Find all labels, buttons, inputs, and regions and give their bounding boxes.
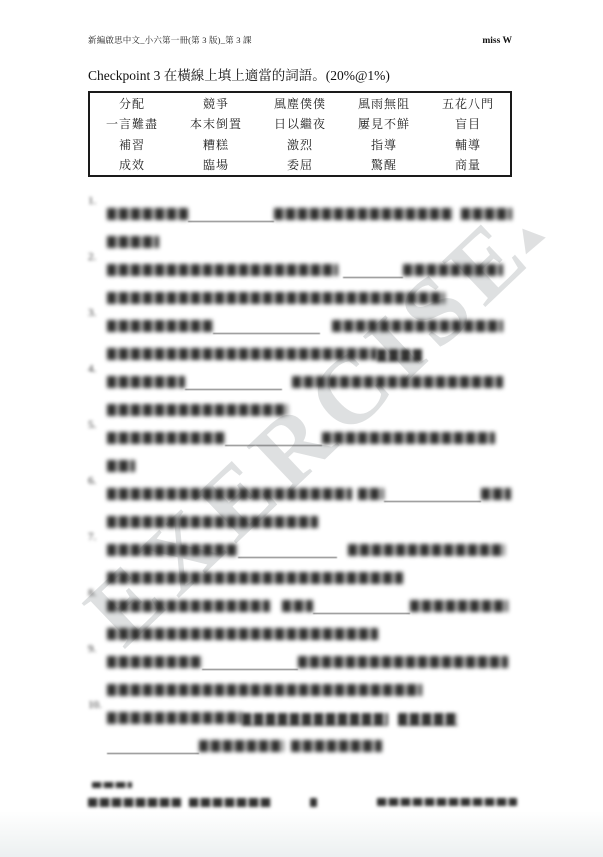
blurred-text-segment <box>481 488 511 500</box>
question-item: 3. <box>88 306 516 362</box>
blurred-text-segment <box>107 600 270 612</box>
blurred-text-segment <box>107 236 159 248</box>
question-item: 1. <box>88 194 516 250</box>
page-footer <box>88 780 518 816</box>
underlined-blurred-text <box>377 349 422 362</box>
blurred-text-segment <box>107 348 377 360</box>
blurred-text-segment <box>282 600 313 612</box>
question-line <box>107 642 516 670</box>
question-line <box>107 278 516 306</box>
question-lines <box>107 306 516 362</box>
footer-line <box>92 782 132 790</box>
word-bank-row: 補習糟糕激烈指導輔導 <box>90 134 510 155</box>
blurred-text-segment <box>92 782 132 788</box>
word-bank-row: 成效臨場委屈驚醒商量 <box>90 155 510 176</box>
blurred-text-segment <box>107 208 188 220</box>
question-list: 1.2.3.4.5.6.7.8.9.10. <box>88 194 516 754</box>
question-lines <box>107 418 516 474</box>
blurred-text-segment <box>298 656 508 668</box>
word-bank-cell: 日以繼夜 <box>258 114 342 135</box>
blurred-text-segment <box>107 712 242 724</box>
question-line <box>107 530 516 558</box>
blurred-text-segment <box>377 798 517 806</box>
worksheet-page: EXERCISE 新編啟思中文_小六第一冊(第 3 版)_第 3 課 miss … <box>0 0 603 857</box>
word-bank-cell: 屢見不鮮 <box>342 114 426 135</box>
blurred-text-segment <box>107 628 378 640</box>
blurred-text-segment <box>348 544 505 556</box>
word-bank-row: 分配競爭風塵僕僕風雨無阻五花八門 <box>90 93 510 114</box>
question-item: 5. <box>88 418 516 474</box>
blurred-text-segment <box>322 432 495 444</box>
blurred-text-segment <box>189 798 271 807</box>
word-bank-cell: 風塵僕僕 <box>258 93 342 114</box>
question-lines <box>107 474 516 530</box>
word-bank-table: 分配競爭風塵僕僕風雨無阻五花八門一言難盡本末倒置日以繼夜屢見不鮮盲目補習糟糕激烈… <box>88 91 512 177</box>
word-bank-cell: 分配 <box>90 93 174 114</box>
answer-blank <box>225 431 322 446</box>
question-item: 10. <box>88 698 516 754</box>
question-number: 6. <box>88 474 107 530</box>
footer-line <box>377 798 517 808</box>
blurred-text-segment <box>358 488 384 500</box>
question-number: 8. <box>88 586 107 642</box>
text-gap <box>282 389 292 390</box>
blurred-text-segment <box>107 572 403 584</box>
word-bank-cell: 本末倒置 <box>174 114 258 135</box>
text-gap <box>284 753 291 754</box>
underlined-blurred-text <box>242 713 388 726</box>
blurred-text-segment <box>107 404 288 416</box>
text-gap <box>337 557 348 558</box>
answer-blank <box>384 487 481 502</box>
blurred-text-segment <box>332 320 503 332</box>
question-line <box>107 614 516 642</box>
question-line <box>107 474 516 502</box>
question-lines <box>107 642 516 698</box>
word-bank-cell: 盲目 <box>426 114 510 135</box>
question-item: 6. <box>88 474 516 530</box>
answer-blank <box>313 599 410 614</box>
answer-blank <box>107 739 199 754</box>
blurred-text-segment <box>107 432 225 444</box>
page-header: 新編啟思中文_小六第一冊(第 3 版)_第 3 課 miss W <box>88 34 512 46</box>
question-line <box>107 726 516 754</box>
word-bank-cell: 風雨無阻 <box>342 93 426 114</box>
blurred-text-segment <box>107 320 213 332</box>
question-line <box>107 306 516 334</box>
question-line <box>107 558 516 586</box>
question-line <box>107 586 516 614</box>
blurred-text-segment <box>107 516 318 528</box>
question-line <box>107 222 516 250</box>
blurred-text-segment <box>310 798 317 807</box>
question-number: 5. <box>88 418 107 474</box>
word-bank-cell: 臨場 <box>174 155 258 176</box>
header-teacher-name: miss W <box>482 36 512 46</box>
answer-blank <box>202 655 298 670</box>
watermark-arrow-icon <box>522 226 547 255</box>
question-lines <box>107 698 516 754</box>
question-line <box>107 390 516 418</box>
question-lines <box>107 530 516 586</box>
answer-blank <box>238 543 337 558</box>
page-bottom-shadow <box>0 811 603 857</box>
word-bank-cell: 補習 <box>90 134 174 155</box>
blurred-text-segment <box>291 740 382 752</box>
word-bank-cell: 驚醒 <box>342 155 426 176</box>
text-gap <box>270 613 282 614</box>
text-gap <box>388 725 398 726</box>
question-number: 4. <box>88 362 107 418</box>
answer-blank <box>188 207 274 222</box>
answer-blank <box>213 319 320 334</box>
question-line <box>107 670 516 698</box>
blurred-text-segment <box>199 740 284 752</box>
blurred-text-segment <box>88 798 181 807</box>
question-number: 7. <box>88 530 107 586</box>
question-number: 9. <box>88 642 107 698</box>
question-lines <box>107 586 516 642</box>
blurred-text-segment <box>107 264 338 276</box>
answer-blank <box>185 375 282 390</box>
word-bank-cell: 競爭 <box>174 93 258 114</box>
word-bank-cell: 指導 <box>342 134 426 155</box>
word-bank-cell: 五花八門 <box>426 93 510 114</box>
question-line <box>107 250 516 278</box>
question-line <box>107 362 516 390</box>
blurred-text-segment <box>461 208 512 220</box>
blurred-text-segment <box>107 544 238 556</box>
blurred-text-segment <box>107 488 352 500</box>
blurred-text-segment <box>107 376 185 388</box>
blurred-text-segment <box>107 656 202 668</box>
footer-line <box>310 798 317 809</box>
word-bank-cell: 委屈 <box>258 155 342 176</box>
question-line <box>107 446 516 474</box>
blurred-text-segment <box>107 292 445 304</box>
question-lines <box>107 250 516 306</box>
question-number: 1. <box>88 194 107 250</box>
text-gap <box>181 808 189 809</box>
question-item: 2. <box>88 250 516 306</box>
question-lines <box>107 194 516 250</box>
blurred-text-segment <box>107 684 422 696</box>
checkpoint-title: Checkpoint 3 在橫線上填上適當的詞語。(20%@1%) <box>88 64 390 84</box>
word-bank-cell: 輔導 <box>426 134 510 155</box>
word-bank-cell: 一言難盡 <box>90 114 174 135</box>
word-bank-cell: 糟糕 <box>174 134 258 155</box>
word-bank-cell: 成效 <box>90 155 174 176</box>
blurred-text-segment <box>410 600 508 612</box>
blurred-text-segment <box>274 208 453 220</box>
question-line <box>107 194 516 222</box>
header-book-title: 新編啟思中文_小六第一冊(第 3 版)_第 3 課 <box>88 34 252 46</box>
footer-line <box>88 798 271 809</box>
question-number: 10. <box>88 698 107 754</box>
text-gap <box>320 333 332 334</box>
text-gap <box>352 501 358 502</box>
blurred-text-segment <box>292 376 503 388</box>
question-line <box>107 502 516 530</box>
word-bank-row: 一言難盡本末倒置日以繼夜屢見不鮮盲目 <box>90 114 510 135</box>
word-bank-cell: 激烈 <box>258 134 342 155</box>
underlined-blurred-text <box>398 713 458 726</box>
question-number: 2. <box>88 250 107 306</box>
blurred-text-segment <box>107 460 135 472</box>
question-line <box>107 334 516 362</box>
answer-blank <box>343 263 403 278</box>
blurred-text-segment <box>403 264 503 276</box>
question-lines <box>107 362 516 418</box>
word-bank-cell: 商量 <box>426 155 510 176</box>
question-item: 8. <box>88 586 516 642</box>
question-line <box>107 698 516 726</box>
question-line <box>107 418 516 446</box>
question-item: 9. <box>88 642 516 698</box>
text-gap <box>453 221 461 222</box>
question-number: 3. <box>88 306 107 362</box>
question-item: 7. <box>88 530 516 586</box>
question-item: 4. <box>88 362 516 418</box>
